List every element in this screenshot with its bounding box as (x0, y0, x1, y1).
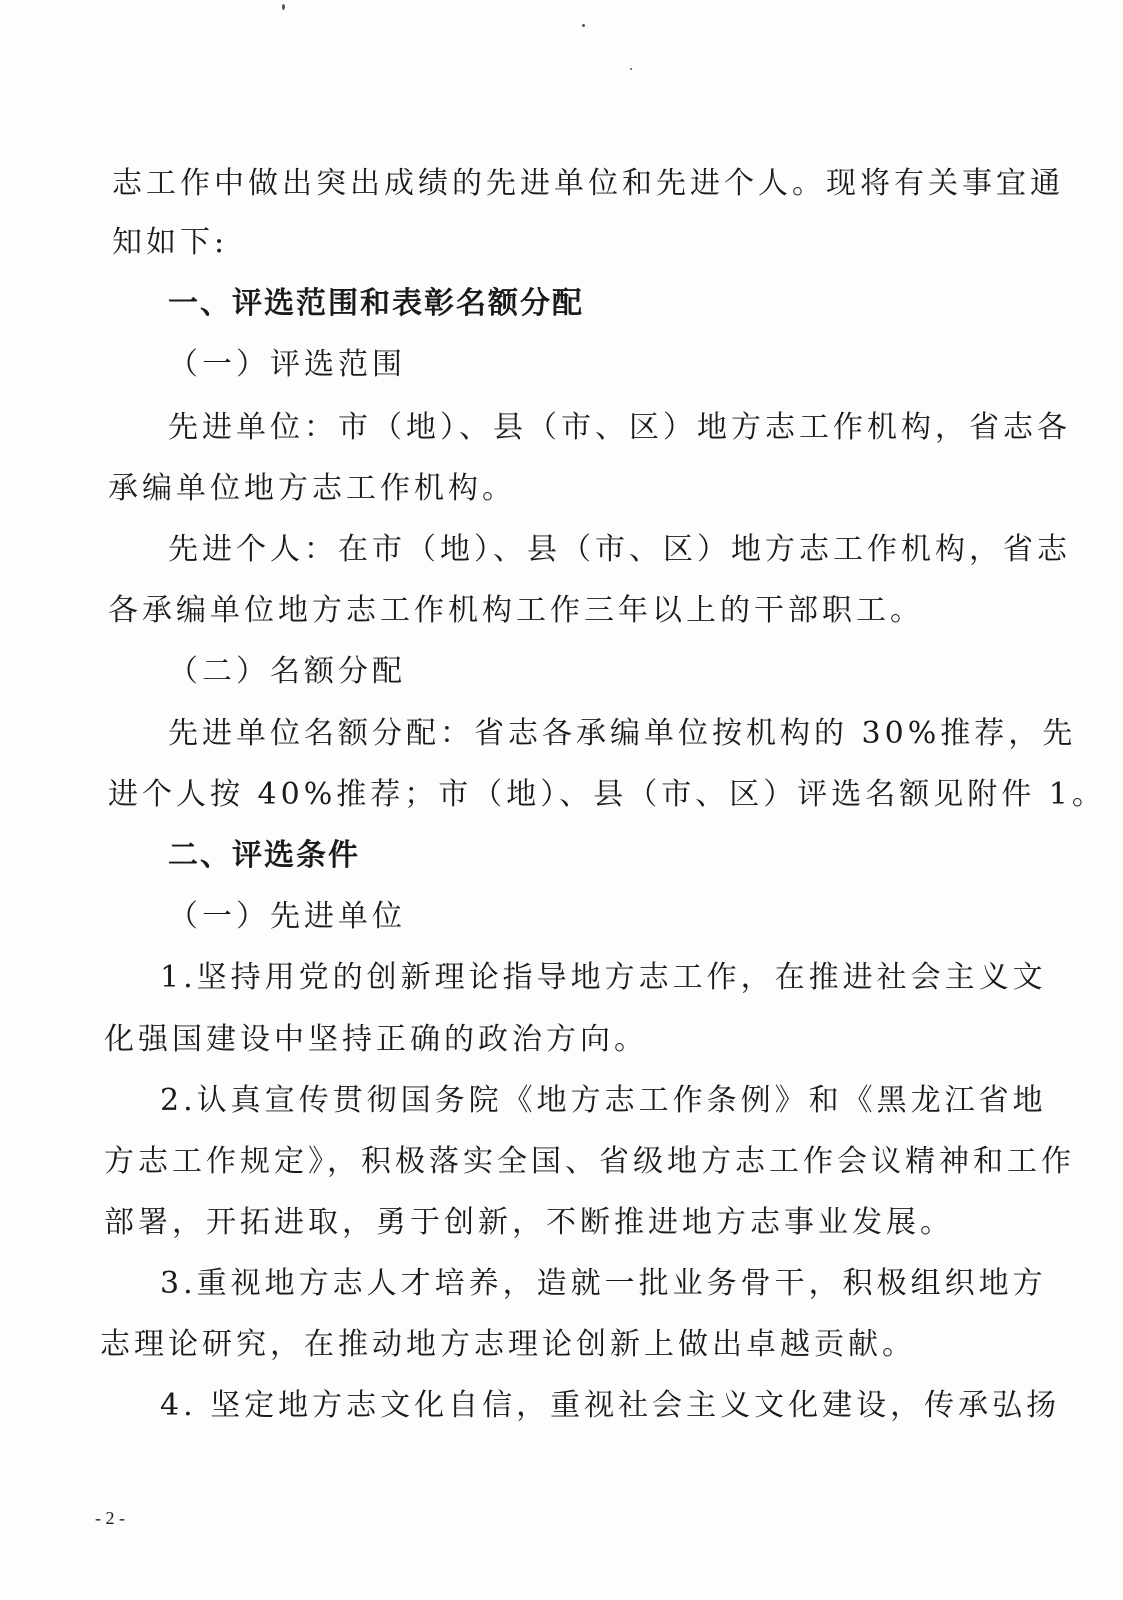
subsection-heading-scope: （一）评选范围 (168, 345, 406, 385)
scan-speck (582, 24, 585, 27)
subsection-heading-quota: （二）名额分配 (168, 652, 406, 692)
paragraph-line: 1.坚持用党的创新理论指导地方志工作，在推进社会主义文 (160, 958, 1047, 998)
scan-speck (630, 68, 632, 70)
paragraph-line: 志理论研究，在推动地方志理论创新上做出卓越贡献。 (100, 1325, 916, 1365)
page-number: - 2 - (95, 1508, 125, 1529)
paragraph-line: 3.重视地方志人才培养，造就一批业务骨干，积极组织地方 (160, 1264, 1047, 1304)
paragraph-line: 知如下: (112, 223, 228, 263)
paragraph-line: 2.认真宣传贯彻国务院《地方志工作条例》和《黑龙江省地 (160, 1081, 1047, 1121)
paragraph-line: 先进个人：在市（地）、县（市、区）地方志工作机构，省志 (168, 530, 1071, 570)
paragraph-line: 承编单位地方志工作机构。 (108, 469, 516, 509)
paragraph-line: 志工作中做出突出成绩的先进单位和先进个人。现将有关事宜通 (112, 164, 1064, 204)
paragraph-line: 先进单位名额分配：省志各承编单位按机构的 30%推荐，先 (168, 714, 1076, 754)
paragraph-line: 各承编单位地方志工作机构工作三年以上的干部职工。 (108, 591, 924, 631)
paragraph-line: 进个人按 40%推荐；市（地）、县（市、区）评选名额见附件 1。 (108, 775, 1106, 815)
document-page: 志工作中做出突出成绩的先进单位和先进个人。现将有关事宜通 知如下: 一、评选范围… (0, 0, 1123, 1600)
section-heading-2: 二、评选条件 (168, 836, 360, 876)
paragraph-line: 化强国建设中坚持正确的政治方向。 (104, 1020, 648, 1060)
paragraph-line: 方志工作规定》，积极落实全国、省级地方志工作会议精神和工作 (104, 1142, 1075, 1182)
subsection-heading-units: （一）先进单位 (168, 897, 406, 937)
paragraph-line: 4. 坚定地方志文化自信，重视社会主义文化建设，传承弘扬 (160, 1386, 1060, 1426)
paragraph-line: 先进单位：市（地）、县（市、区）地方志工作机构，省志各 (168, 408, 1071, 448)
scan-speck (282, 4, 285, 10)
paragraph-line: 部署，开拓进取，勇于创新，不断推进地方志事业发展。 (104, 1203, 954, 1243)
section-heading-1: 一、评选范围和表彰名额分配 (168, 284, 584, 324)
